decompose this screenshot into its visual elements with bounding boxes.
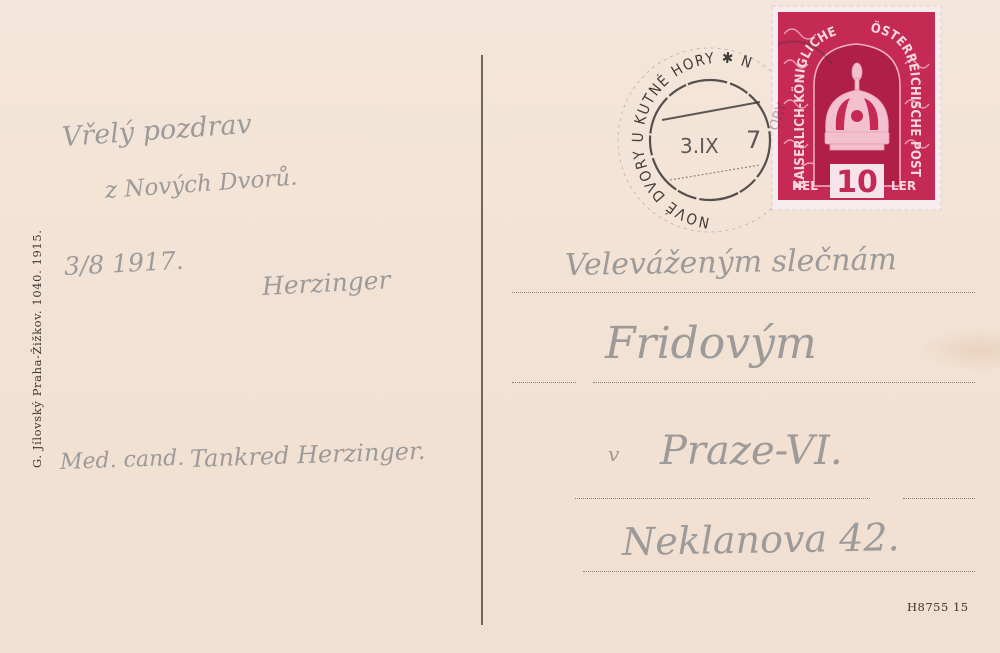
address-line4: Neklanova 42. [622,515,900,564]
address-line1: Veleváženým slečnám [565,242,897,283]
stamp-currency-left: HEL [792,179,818,193]
stamp-denomination: 10 [836,165,878,200]
publisher-imprint: G. Jílovský Praha-Žižkov. 1040. 1915. [30,230,44,469]
message-greeting-line1: Vřelý pozdrav [61,109,253,153]
postmark-year: 7 [746,126,761,154]
postmark-date: 3.IX [680,134,719,158]
address-line-rule-2a [512,382,576,383]
address-line-rule-2b [593,382,975,383]
address-line3: Praze-VI. [660,428,843,474]
postage-stamp: KAISERLICH-KÖNIGLICHE ÖSTERREICHISCHE PO… [770,4,943,212]
message-greeting-line2: z Nových Dvorů. [104,165,298,204]
address-line-rule-1 [512,292,975,293]
message-date: 3/8 1917. [63,246,184,281]
address-line2: Fridovým [605,318,817,369]
address-line-rule-4 [583,571,975,572]
stamp-currency-right: LER [891,179,916,193]
serial-number: H8755 15 [907,600,969,614]
address-line-rule-3a [575,498,870,499]
center-divider [481,55,483,625]
address-line-rule-3b [903,498,975,499]
message-signature2-name: Tankred Herzinger. [190,437,426,473]
postcard-back: G. Jílovský Praha-Žižkov. 1040. 1915. Vř… [0,0,1000,653]
address-line3-prefix: v [608,442,619,466]
message-signature2-prefix: Med. cand. [60,446,185,475]
message-signature1: Herzinger [261,265,391,301]
